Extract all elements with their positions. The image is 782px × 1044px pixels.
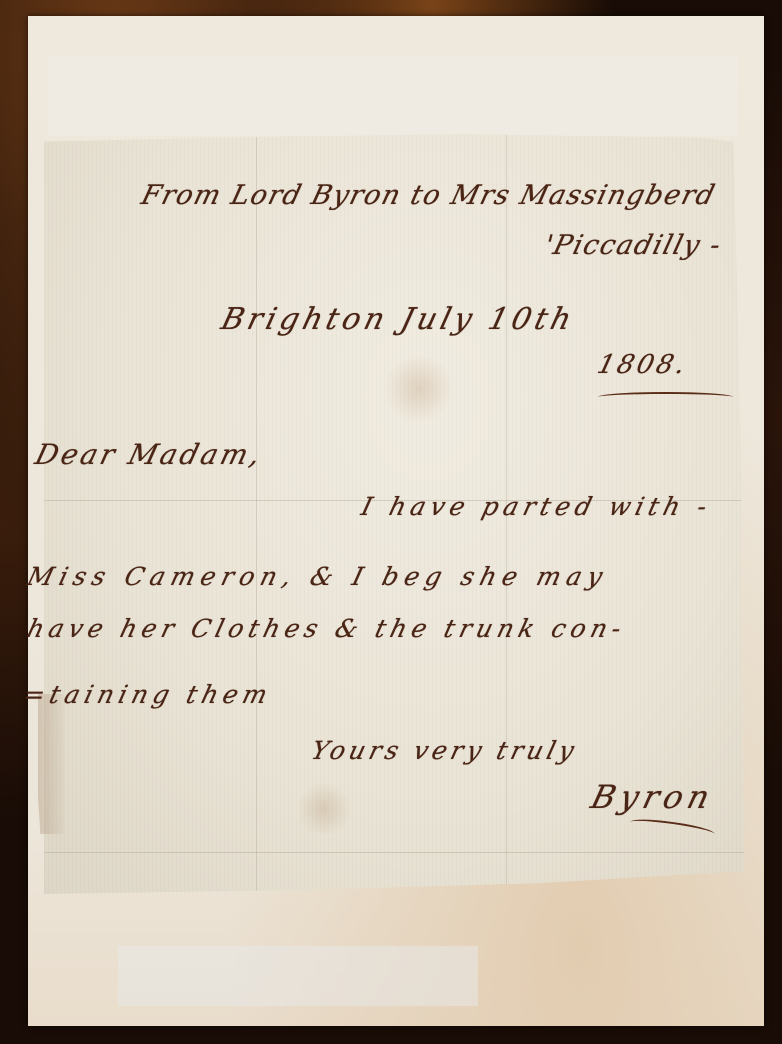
- letter-header-line2: 'Piccadilly -: [541, 230, 725, 261]
- stain: [294, 784, 354, 834]
- fold-line: [256, 134, 257, 894]
- photo-background: From Lord Byron to Mrs Massingberd 'Picc…: [0, 0, 782, 1044]
- letter-body-line: I have parted with -: [358, 492, 715, 521]
- fold-line: [44, 852, 744, 853]
- torn-edge: [38, 694, 64, 834]
- letter-signature: Byron: [587, 778, 718, 816]
- letter-body-line: Miss Cameron, & I beg she may: [24, 562, 611, 591]
- letter-header-line1: From Lord Byron to Mrs Massingberd: [138, 180, 719, 211]
- letter-year: 1808.: [594, 350, 691, 380]
- stain: [384, 354, 454, 424]
- letter-body-line: have her Clothes & the trunk con-: [24, 614, 629, 643]
- letter-closing: Yours very truly: [308, 736, 581, 765]
- letter-place-date: Brighton July 10th: [218, 302, 579, 337]
- date-underline: [598, 392, 733, 402]
- letter-salutation: Dear Madam,: [32, 438, 267, 471]
- mount-top-band: [48, 56, 738, 136]
- mount-faded-band: [118, 946, 478, 1006]
- letter-body-line: =taining them: [20, 680, 275, 709]
